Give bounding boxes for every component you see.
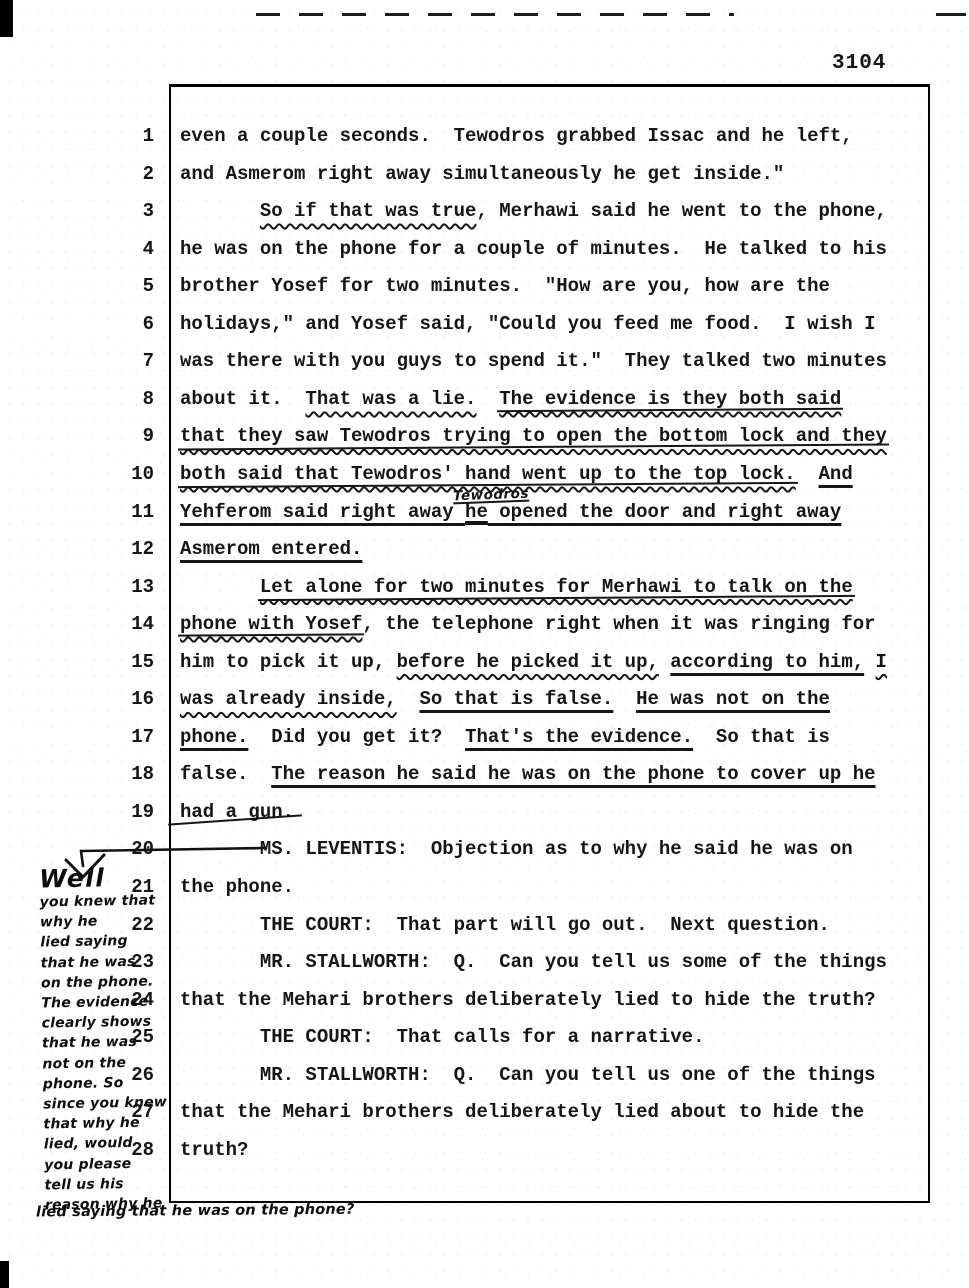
transcript-line: 22 THE COURT: That part will go out. Nex… bbox=[120, 916, 930, 954]
transcript-segment-text: I bbox=[876, 651, 887, 673]
transcript-line-text: So if that was true, Merhawi said he wen… bbox=[180, 202, 887, 221]
transcript-text-segment: So that is false. bbox=[419, 690, 613, 709]
transcript-line-text: phone. Did you get it? That's the eviden… bbox=[180, 728, 830, 747]
transcript-text-segment: MR. STALLWORTH: Q. Can you tell us one o… bbox=[180, 1066, 876, 1085]
transcript-line-text: and Asmerom right away simultaneously he… bbox=[180, 165, 784, 184]
transcript-text-segment: He was not on the bbox=[636, 690, 830, 709]
transcript-segment-text bbox=[864, 651, 875, 673]
line-number: 5 bbox=[120, 277, 154, 296]
scan-dash-right bbox=[936, 13, 966, 16]
transcript-line-text: him to pick it up, before he picked it u… bbox=[180, 653, 887, 672]
transcript-line: 7was there with you guys to spend it." T… bbox=[120, 352, 930, 390]
transcript-text-segment bbox=[180, 578, 260, 597]
transcript-segment-text: THE COURT: That part will go out. Next q… bbox=[180, 914, 830, 936]
transcript-text-segment: That was a lie. bbox=[305, 390, 476, 409]
line-number: 4 bbox=[120, 240, 154, 259]
transcript-segment-text: that they saw Tewodros trying to open th… bbox=[180, 425, 887, 447]
transcript-text-segment bbox=[476, 390, 499, 409]
line-number: 3 bbox=[120, 202, 154, 221]
transcript-text-segment: THE COURT: That calls for a narrative. bbox=[180, 1028, 705, 1047]
transcript-text-segment: false. bbox=[180, 765, 271, 784]
transcript-line: 23 MR. STALLWORTH: Q. Can you tell us so… bbox=[120, 953, 930, 991]
transcript-segment-text bbox=[613, 688, 636, 710]
transcript-segment-text: even a couple seconds. Tewodros grabbed … bbox=[180, 125, 853, 147]
line-number: 1 bbox=[120, 127, 154, 146]
line-number: 9 bbox=[120, 427, 154, 446]
transcript-line: 14phone with Yosef, the telephone right … bbox=[120, 615, 930, 653]
line-number: 14 bbox=[120, 615, 154, 634]
transcript-segment-text: according to him, bbox=[670, 651, 864, 673]
page-number: 3104 bbox=[832, 52, 886, 75]
transcript-line-text: that the Mehari brothers deliberately li… bbox=[180, 1103, 864, 1122]
transcript-text-segment bbox=[397, 690, 420, 709]
transcript-segment-text: Asmerom entered. bbox=[180, 538, 362, 560]
transcript-line: 5brother Yosef for two minutes. "How are… bbox=[120, 277, 930, 315]
transcript-text-segment: So if that was true bbox=[260, 202, 477, 221]
scanned-transcript-page: 3104 1even a couple seconds. Tewodros gr… bbox=[0, 0, 969, 1288]
transcript-line: 13 Let alone for two minutes for Merhawi… bbox=[120, 578, 930, 616]
transcript-segment-text bbox=[180, 200, 260, 222]
transcript-line-text: false. The reason he said he was on the … bbox=[180, 765, 876, 784]
transcript-segment-text: that the Mehari brothers deliberately li… bbox=[180, 989, 876, 1011]
transcript-text-segment: opened the door and right away bbox=[488, 503, 841, 522]
transcript-segment-text: And bbox=[819, 463, 853, 485]
transcript-segment-text: Did you get it? bbox=[248, 726, 465, 748]
transcript-segment-text: both said that Tewodros' hand went up to… bbox=[180, 463, 796, 485]
transcript-segment-text: before he picked it up, bbox=[397, 651, 659, 673]
transcript-line-text: Asmerom entered. bbox=[180, 540, 362, 559]
transcript-segment-text: was there with you guys to spend it." Th… bbox=[180, 350, 887, 372]
transcript-line: 16was already inside, So that is false. … bbox=[120, 690, 930, 728]
transcript-line-text: had a gun. bbox=[180, 803, 294, 822]
transcript-text-segment: And bbox=[819, 465, 853, 484]
transcript-segment-text: Let alone for two minutes for Merhawi to… bbox=[260, 576, 853, 598]
transcript-segment-text bbox=[476, 388, 499, 410]
transcript-segment-text: he was on the phone for a couple of minu… bbox=[180, 238, 887, 260]
line-number: 7 bbox=[120, 352, 154, 371]
transcript-text-segment: That's the evidence. bbox=[465, 728, 693, 747]
transcript-text-segment: I bbox=[876, 653, 887, 672]
transcript-line-text: both said that Tewodros' hand went up to… bbox=[180, 465, 853, 484]
transcript-line-text: that they saw Tewodros trying to open th… bbox=[180, 427, 887, 446]
transcript-text-segment: phone with Yosef bbox=[180, 615, 362, 634]
transcript-text-segment: , the telephone right when it was ringin… bbox=[362, 615, 875, 634]
transcript-segment-text: had a gun. bbox=[180, 801, 294, 823]
transcript-text-segment: him to pick it up, bbox=[180, 653, 397, 672]
transcript-text-segment: Asmerom entered. bbox=[180, 540, 362, 559]
transcript-text-segment: phone. bbox=[180, 728, 248, 747]
line-number: 11 bbox=[120, 503, 154, 522]
transcript-text-segment: So that is bbox=[693, 728, 830, 747]
transcript-text-segment: Did you get it? bbox=[248, 728, 465, 747]
scan-dashed-line bbox=[256, 13, 734, 16]
transcript-line: 15him to pick it up, before he picked it… bbox=[120, 653, 930, 691]
transcript-line: 17phone. Did you get it? That's the evid… bbox=[120, 728, 930, 766]
handwritten-margin-note: Wellyou knew thatwhy helied sayingthat h… bbox=[39, 863, 215, 1216]
transcript-line: 24that the Mehari brothers deliberately … bbox=[120, 991, 930, 1029]
line-number: 10 bbox=[120, 465, 154, 484]
transcript-text-segment: The evidence is they both said bbox=[499, 390, 841, 409]
transcript-text-segment: heTewodros bbox=[465, 503, 488, 522]
transcript-line: 8about it. That was a lie. The evidence … bbox=[120, 390, 930, 428]
transcript-segment-text: about it. bbox=[180, 388, 305, 410]
transcript-text-segment: both said that Tewodros' hand went up to… bbox=[180, 465, 796, 484]
line-number: 13 bbox=[120, 578, 154, 597]
transcript-line: 1even a couple seconds. Tewodros grabbed… bbox=[120, 127, 930, 165]
transcript-line: 2and Asmerom right away simultaneously h… bbox=[120, 165, 930, 203]
transcript-segment-text: So that is false. bbox=[419, 688, 613, 710]
transcript-line-text: about it. That was a lie. The evidence i… bbox=[180, 390, 841, 409]
line-number: 19 bbox=[120, 803, 154, 822]
transcript-text-segment: THE COURT: That part will go out. Next q… bbox=[180, 916, 830, 935]
handwritten-bottom-note: lied saying that he was on the phone? bbox=[36, 1202, 366, 1221]
line-number: 2 bbox=[120, 165, 154, 184]
transcript-segment-text: and Asmerom right away simultaneously he… bbox=[180, 163, 784, 185]
transcript-text-segment: was already inside, bbox=[180, 690, 397, 709]
line-number: 15 bbox=[120, 653, 154, 672]
transcript-line-text: was already inside, So that is false. He… bbox=[180, 690, 830, 709]
transcript-segment-text: holidays," and Yosef said, "Could you fe… bbox=[180, 313, 876, 335]
transcript-line-text: phone with Yosef, the telephone right wh… bbox=[180, 615, 876, 634]
transcript-text-segment: that the Mehari brothers deliberately li… bbox=[180, 1103, 864, 1122]
transcript-text-segment: , Merhawi said he went to the phone, bbox=[476, 202, 886, 221]
transcript-line: 19had a gun. bbox=[120, 803, 930, 841]
transcript-segment-text: The reason he said he was on the phone t… bbox=[271, 763, 875, 785]
transcript-segment-text: Yehferom said right away bbox=[180, 501, 465, 523]
transcript-segment-text: was already inside, bbox=[180, 688, 397, 710]
transcript-segment-text: So that is bbox=[693, 726, 830, 748]
transcript-segment-text: That was a lie. bbox=[305, 388, 476, 410]
transcript-line: 4he was on the phone for a couple of min… bbox=[120, 240, 930, 278]
scan-corner-mark-bottom bbox=[0, 1261, 9, 1288]
transcript-text-segment: that they saw Tewodros trying to open th… bbox=[180, 427, 887, 446]
transcript-line: 18false. The reason he said he was on th… bbox=[120, 765, 930, 803]
transcript-segment-text: him to pick it up, bbox=[180, 651, 397, 673]
transcript-line: 28truth? bbox=[120, 1141, 930, 1179]
transcript-text-segment bbox=[659, 653, 670, 672]
transcript-line-text: MR. STALLWORTH: Q. Can you tell us some … bbox=[180, 953, 887, 972]
transcript-segment-text: , the telephone right when it was ringin… bbox=[362, 613, 875, 635]
transcript-line: 11Yehferom said right away heTewodros op… bbox=[120, 503, 930, 541]
transcript-segment-text: that the Mehari brothers deliberately li… bbox=[180, 1101, 864, 1123]
transcript-text-segment: had a gun. bbox=[180, 803, 294, 822]
transcript-text-segment bbox=[864, 653, 875, 672]
transcript-line: 6holidays," and Yosef said, "Could you f… bbox=[120, 315, 930, 353]
transcript-line-text: THE COURT: That part will go out. Next q… bbox=[180, 916, 830, 935]
transcript-segment-text: false. bbox=[180, 763, 271, 785]
transcript-segment-text: He was not on the bbox=[636, 688, 830, 710]
transcript-segment-text: MR. STALLWORTH: Q. Can you tell us one o… bbox=[180, 1064, 876, 1086]
transcript-line: 3 So if that was true, Merhawi said he w… bbox=[120, 202, 930, 240]
transcript-line: 25 THE COURT: That calls for a narrative… bbox=[120, 1028, 930, 1066]
transcript-text-segment: Let alone for two minutes for Merhawi to… bbox=[260, 578, 853, 597]
transcript-segment-text bbox=[659, 651, 670, 673]
margin-note-line: Well bbox=[39, 863, 209, 893]
transcript-line-text: MS. LEVENTIS: Objection as to why he sai… bbox=[180, 840, 853, 859]
transcript-line-text: was there with you guys to spend it." Th… bbox=[180, 352, 887, 371]
transcript-line-text: brother Yosef for two minutes. "How are … bbox=[180, 277, 830, 296]
transcript-segment-text: , Merhawi said he went to the phone, bbox=[476, 200, 886, 222]
transcript-segment-text: phone with Yosef bbox=[180, 613, 362, 635]
transcript-segment-text bbox=[397, 688, 420, 710]
transcript-text-segment: holidays," and Yosef said, "Could you fe… bbox=[180, 315, 876, 334]
transcript-line: 27that the Mehari brothers deliberately … bbox=[120, 1103, 930, 1141]
transcript-segment-text: So if that was true bbox=[260, 200, 477, 222]
transcript-line-text: MR. STALLWORTH: Q. Can you tell us one o… bbox=[180, 1066, 876, 1085]
transcript-line-text: Let alone for two minutes for Merhawi to… bbox=[180, 578, 853, 597]
transcript-segment-text: MS. LEVENTIS: Objection as to why he sai… bbox=[180, 838, 853, 860]
transcript-text-segment: MR. STALLWORTH: Q. Can you tell us some … bbox=[180, 953, 887, 972]
transcript-text-segment: that the Mehari brothers deliberately li… bbox=[180, 991, 876, 1010]
transcript-text-segment: even a couple seconds. Tewodros grabbed … bbox=[180, 127, 853, 146]
transcript-text-segment: about it. bbox=[180, 390, 305, 409]
transcript-text-segment: he was on the phone for a couple of minu… bbox=[180, 240, 887, 259]
transcript-text-segment: brother Yosef for two minutes. "How are … bbox=[180, 277, 830, 296]
transcript-line-text: THE COURT: That calls for a narrative. bbox=[180, 1028, 705, 1047]
transcript-line-text: he was on the phone for a couple of minu… bbox=[180, 240, 887, 259]
transcript-segment-text: brother Yosef for two minutes. "How are … bbox=[180, 275, 830, 297]
transcript-segment-text: MR. STALLWORTH: Q. Can you tell us some … bbox=[180, 951, 887, 973]
transcript-text-segment: MS. LEVENTIS: Objection as to why he sai… bbox=[180, 840, 853, 859]
transcript-text-segment: The reason he said he was on the phone t… bbox=[271, 765, 875, 784]
transcript-segment-text: phone. bbox=[180, 726, 248, 748]
transcript-text-segment bbox=[613, 690, 636, 709]
scan-corner-mark-top bbox=[0, 0, 13, 37]
transcript-segment-text: opened the door and right away bbox=[488, 501, 841, 523]
transcript-line: 26 MR. STALLWORTH: Q. Can you tell us on… bbox=[120, 1066, 930, 1104]
transcript-line-text: holidays," and Yosef said, "Could you fe… bbox=[180, 315, 876, 334]
transcript-segment-text bbox=[796, 463, 819, 485]
line-number: 12 bbox=[120, 540, 154, 559]
line-number: 8 bbox=[120, 390, 154, 409]
transcript-segment-text: The evidence is they both said bbox=[499, 388, 841, 410]
transcript-segment-text: THE COURT: That calls for a narrative. bbox=[180, 1026, 705, 1048]
transcript-line-text: even a couple seconds. Tewodros grabbed … bbox=[180, 127, 853, 146]
line-number: 16 bbox=[120, 690, 154, 709]
line-number: 17 bbox=[120, 728, 154, 747]
transcript-text-segment: and Asmerom right away simultaneously he… bbox=[180, 165, 784, 184]
line-number: 18 bbox=[120, 765, 154, 784]
transcript-line-text: that the Mehari brothers deliberately li… bbox=[180, 991, 876, 1010]
transcript-segment-text: That's the evidence. bbox=[465, 726, 693, 748]
transcript-text-segment: Yehferom said right away bbox=[180, 503, 465, 522]
transcript-line: 12Asmerom entered. bbox=[120, 540, 930, 578]
line-number: 6 bbox=[120, 315, 154, 334]
transcript-text-segment bbox=[180, 202, 260, 221]
transcript-line: 9that they saw Tewodros trying to open t… bbox=[120, 427, 930, 465]
transcript-line-text: Yehferom said right away heTewodros open… bbox=[180, 503, 841, 522]
transcript-text-segment: before he picked it up, bbox=[397, 653, 659, 672]
transcript-text-segment: was there with you guys to spend it." Th… bbox=[180, 352, 887, 371]
transcript-text-segment: according to him, bbox=[670, 653, 864, 672]
transcript-text-segment bbox=[796, 465, 819, 484]
transcript-segment-text bbox=[180, 576, 260, 598]
